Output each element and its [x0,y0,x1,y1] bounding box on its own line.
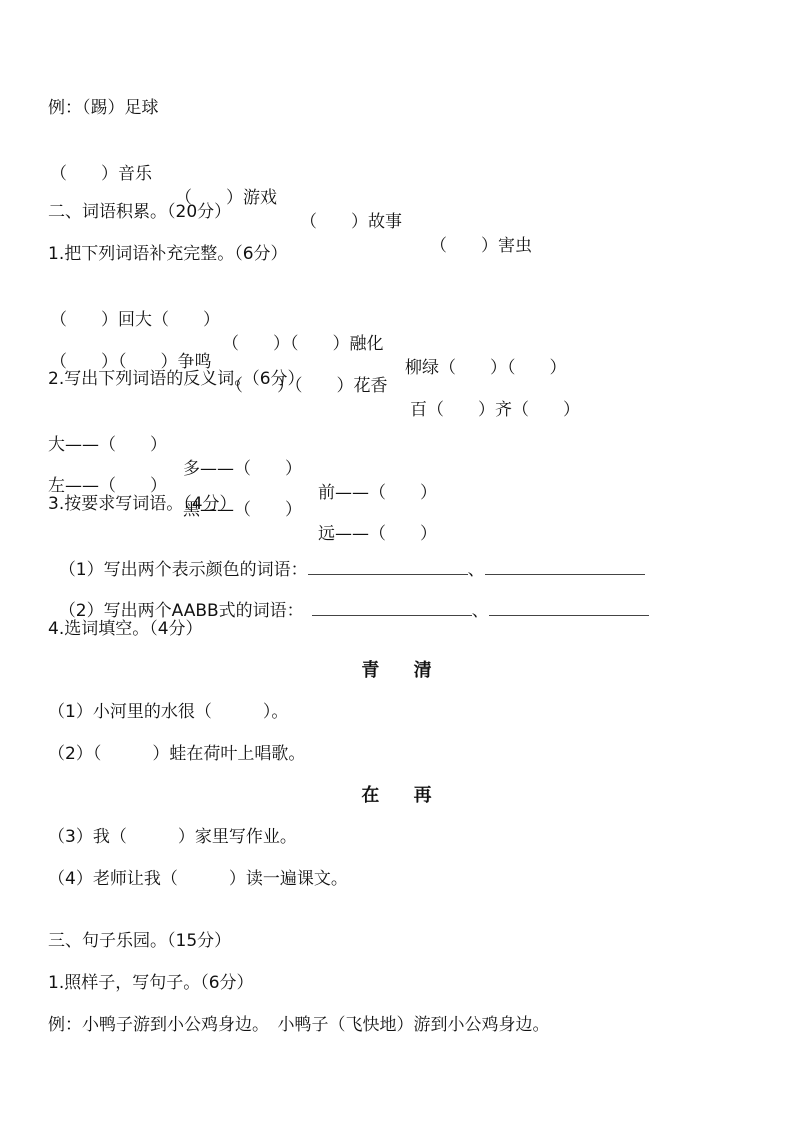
answer-blank[interactable] [308,560,468,575]
fill-sentence[interactable]: （1）小河里的水很（ ）。 [48,700,288,724]
q4-title: 4.选词填空。（4分） [48,617,203,641]
q3-title: 3.按要求写词语。（4分） [48,492,237,516]
fill-sentence[interactable]: （2）（ ）蛙在荷叶上唱歌。 [48,742,305,766]
fill-sentence[interactable]: （3）我（ ）家里写作业。 [48,825,297,849]
example-line: 例：（踢）足球 [48,96,159,120]
antonym-item[interactable]: 前——（ ） [318,481,437,505]
verb-fill-item[interactable]: （ ）故事 [300,210,402,234]
word-choice-group-2: 在 再 [0,784,793,808]
section-2-title: 二、词语积累。（20分） [48,200,231,224]
q1-title: 1.把下列词语补充完整。（6分） [48,242,288,266]
verb-fill-item[interactable]: （ ）音乐 [50,162,152,186]
s3-q1-title: 1.照样子，写句子。（6分） [48,971,254,995]
answer-blank[interactable] [485,560,645,575]
idiom-item[interactable]: 柳绿（ ）（ ） [405,356,567,380]
q3-item-2: （2）写出两个AABB式的词语：、 [48,575,649,599]
q3-item-1: （1）写出两个表示颜色的词语：、 [48,534,645,558]
idiom-row-2: （ ）（ ）争鸣 （ ）（ ）花香 百（ ）齐（ ） [0,326,793,350]
answer-blank[interactable] [489,601,649,616]
q2-title: 2.写出下列词语的反义词。（6分） [48,367,305,391]
word-choice-group-1: 青 清 [0,659,793,683]
antonym-row-1: 大——（ ） 多——（ ） 前——（ ） [0,409,793,433]
section-3-title: 三、句子乐园。（15分） [48,929,231,953]
antonym-row-2: 左——（ ） 黑——（ ） 远——（ ） [0,450,793,474]
verb-fill-row: （ ）音乐 （ ）游戏 （ ）故事 （ ）害虫 [0,138,793,162]
answer-blank[interactable] [312,601,472,616]
s3-q1-example: 例：小鸭子游到小公鸡身边。 小鸭子（飞快地）游到小公鸡身边。 [48,1013,550,1037]
separator: 、 [472,601,489,621]
fill-sentence[interactable]: （4）老师让我（ ）读一遍课文。 [48,867,348,891]
idiom-row-1: （ ）回大（ ） （ ）（ ）融化 柳绿（ ）（ ） [0,284,793,308]
verb-fill-item[interactable]: （ ）害虫 [430,234,532,258]
